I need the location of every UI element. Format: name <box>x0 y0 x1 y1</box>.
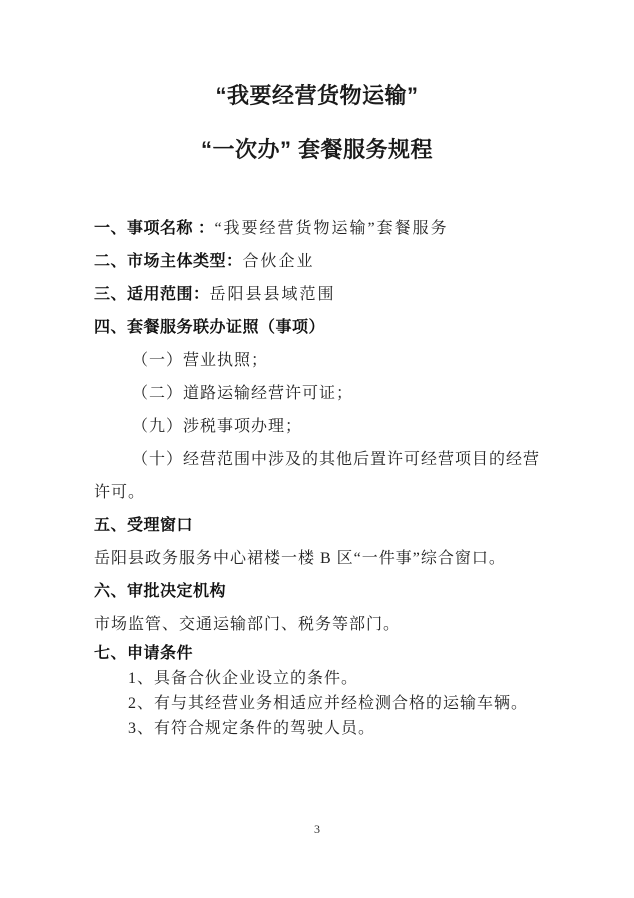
section-5-heading: 五、受理窗口 <box>94 509 540 542</box>
section-1-value: “我要经营货物运输”套餐服务 <box>214 220 448 237</box>
section-3-heading: 三、适用范围： <box>94 286 210 303</box>
section-3-value: 岳阳县县域范围 <box>210 286 336 303</box>
section-7-heading: 七、申请条件 <box>94 641 540 666</box>
section-6-body: 市场监管、交通运输部门、税务等部门。 <box>94 608 540 641</box>
section-6-heading: 六、审批决定机构 <box>94 575 540 608</box>
section-1-heading: 一、事项名称 ： <box>94 220 214 237</box>
document-title-line-2: “一次办” 套餐服务规程 <box>0 134 634 166</box>
section-4-subitem-4: （十）经营范围中涉及的其他后置许可经营项目的经营许可。 <box>94 443 540 509</box>
section-7-condition-3: 3、有符合规定条件的驾驶人员。 <box>94 716 540 741</box>
section-2-heading: 二、市场主体类型： <box>94 253 243 270</box>
page-number: 3 <box>0 821 634 837</box>
section-4-subitem-3: （九）涉税事项办理； <box>94 410 540 443</box>
section-4-subitem-1: （一）营业执照； <box>94 344 540 377</box>
section-3-line: 三、适用范围：岳阳县县域范围 <box>94 278 540 311</box>
section-5-body: 岳阳县政务服务中心裙楼一楼 B 区“一件事”综合窗口。 <box>94 542 540 575</box>
section-2-line: 二、市场主体类型：合伙企业 <box>94 245 540 278</box>
document-title-line-1: “我要经营货物运输” <box>0 80 634 112</box>
section-7-condition-2: 2、有与其经营业务相适应并经检测合格的运输车辆。 <box>94 691 540 716</box>
document-page: “我要经营货物运输” “一次办” 套餐服务规程 一、事项名称 ：“我要经营货物运… <box>0 0 634 898</box>
section-4-heading: 四、套餐服务联办证照（事项） <box>94 311 540 344</box>
document-body: 一、事项名称 ：“我要经营货物运输”套餐服务 二、市场主体类型：合伙企业 三、适… <box>94 212 540 741</box>
section-4-subitem-2: （二）道路运输经营许可证； <box>94 377 540 410</box>
section-7-block: 七、申请条件 1、具备合伙企业设立的条件。 2、有与其经营业务相适应并经检测合格… <box>94 641 540 741</box>
section-1-line: 一、事项名称 ：“我要经营货物运输”套餐服务 <box>94 212 540 245</box>
section-7-condition-1: 1、具备合伙企业设立的条件。 <box>94 666 540 691</box>
section-2-value: 合伙企业 <box>243 253 315 270</box>
document-title-block: “我要经营货物运输” “一次办” 套餐服务规程 <box>0 0 634 166</box>
